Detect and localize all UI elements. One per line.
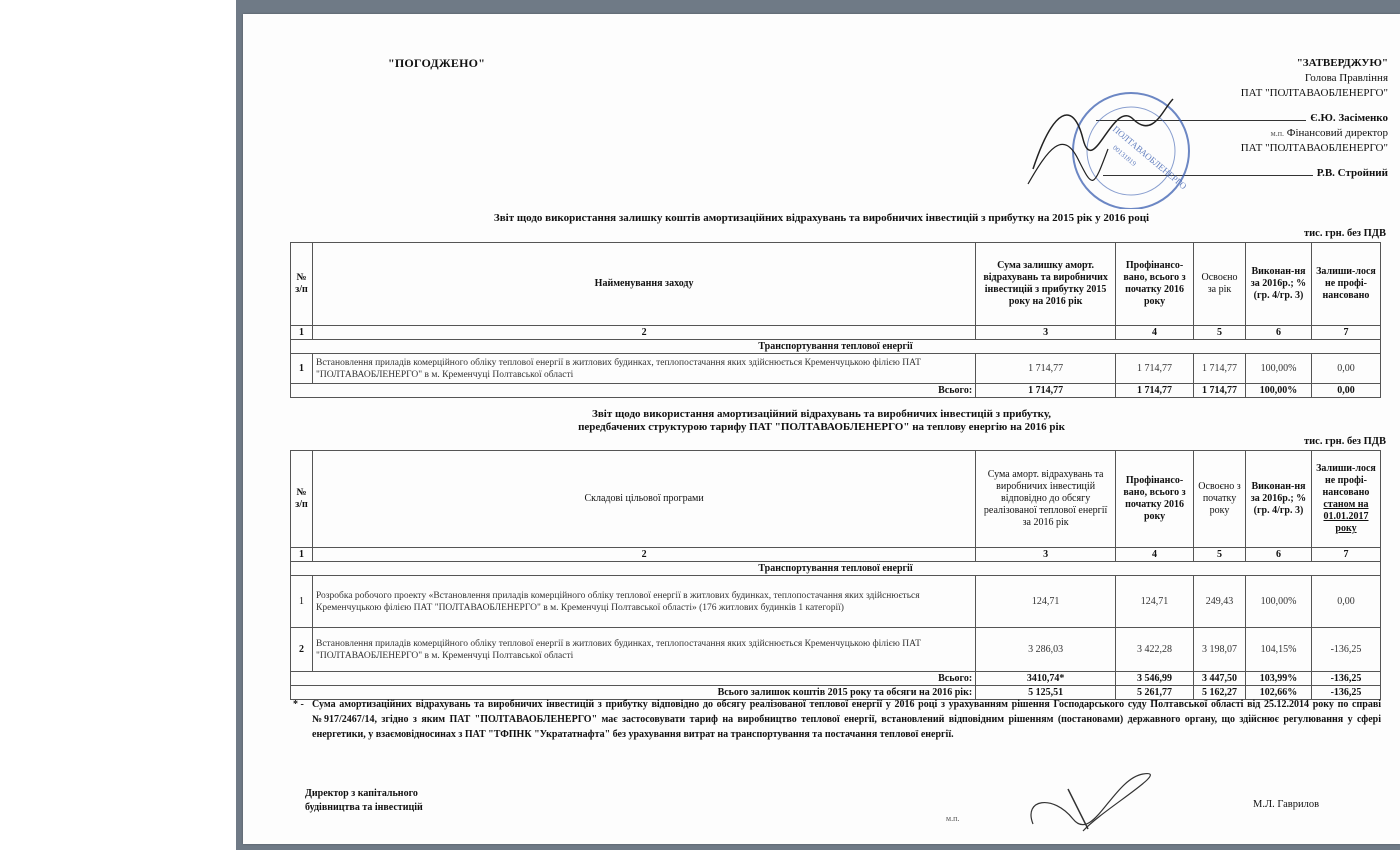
col-header: Освоєно за рік — [1194, 243, 1246, 326]
agreed-heading: "ПОГОДЖЕНО" — [388, 56, 485, 71]
col-header: № з/п — [291, 243, 313, 326]
approver-position: Голова Правління — [1096, 71, 1388, 86]
approve-heading: "ЗАТВЕРДЖУЮ" — [1096, 56, 1388, 71]
document-page: "ПОГОДЖЕНО" "ЗАТВЕРДЖУЮ" Голова Правлінн… — [243, 14, 1400, 844]
finance-director-position: Фінансовий директор — [1287, 127, 1388, 139]
stamp-mark: м.п. — [1271, 129, 1284, 138]
stamp-mark-bottom: м.п. — [946, 814, 959, 823]
col-header: Профінансо-вано, всього з початку 2016 р… — [1116, 243, 1194, 326]
report2-unit: тис. грн. без ПДВ — [1304, 436, 1386, 447]
col-header: Сума залишку аморт. відрахувань та вироб… — [976, 243, 1116, 326]
signature-icon — [1013, 769, 1173, 839]
director-position: Директор з капітального будівництва та і… — [305, 787, 423, 815]
table-row: 1 Розробка робочого проекту «Встановленн… — [291, 576, 1381, 628]
col-header: Складові цільової програми — [312, 451, 975, 548]
report1-header-row: № з/п Найменування заходу Сума залишку а… — [291, 243, 1381, 326]
report2-title: Звіт щодо використання амортизаційний ві… — [243, 408, 1400, 434]
table-row: 1 Встановлення приладів комерційного обл… — [291, 354, 1381, 384]
col-header: Виконан-ня за 2016р.; % (гр. 4/гр. 3) — [1246, 451, 1312, 548]
col-header: Залиши-лося не профі-нансовано станом на… — [1311, 451, 1380, 548]
col-header: Освоєно з початку року — [1194, 451, 1246, 548]
director-name: М.Л. Гаврилов — [1253, 799, 1319, 810]
section-row: Транспортування теплової енергії — [291, 562, 1381, 576]
report2-header-row: № з/п Складові цільової програми Сума ам… — [291, 451, 1381, 548]
approver-name: Є.Ю. Засіменко — [1310, 112, 1388, 124]
col-header: Залиши-лося не профі-нансовано — [1311, 243, 1380, 326]
col-header: Сума аморт. відрахувань та виробничих ін… — [976, 451, 1116, 548]
table-row: 2 Встановлення приладів комерційного обл… — [291, 628, 1381, 672]
section-row: Транспортування теплової енергії — [291, 340, 1381, 354]
col-header: № з/п — [291, 451, 313, 548]
report1-unit: тис. грн. без ПДВ — [1304, 228, 1386, 239]
column-number-row: 1 2 3 4 5 6 7 — [291, 548, 1381, 562]
col-header: Виконан-ня за 2016р.; % (гр. 4/гр. 3) — [1246, 243, 1312, 326]
column-number-row: 1 2 3 4 5 6 7 — [291, 326, 1381, 340]
report2-table: № з/п Складові цільової програми Сума ам… — [290, 450, 1381, 700]
finance-director-name: Р.В. Стройний — [1317, 167, 1388, 179]
footnote-marker: * - — [293, 697, 304, 712]
official-stamp-icon: ПОЛТАВАОБЛЕНЕРГО 00131819 — [1023, 89, 1213, 209]
col-header: Найменування заходу — [312, 243, 975, 326]
col-header: Профінансо-вано, всього з початку 2016 р… — [1116, 451, 1194, 548]
total-row: Всього: 3410,74* 3 546,99 3 447,50 103,9… — [291, 672, 1381, 686]
report1-title: Звіт щодо використання залишку коштів ам… — [243, 212, 1400, 224]
report1-table: № з/п Найменування заходу Сума залишку а… — [290, 242, 1381, 398]
footnote-text: Сума амортизаційних відрахувань та вироб… — [312, 697, 1381, 742]
total-row: Всього: 1 714,77 1 714,77 1 714,77 100,0… — [291, 384, 1381, 398]
footnote: * - Сума амортизаційних відрахувань та в… — [293, 697, 1381, 742]
